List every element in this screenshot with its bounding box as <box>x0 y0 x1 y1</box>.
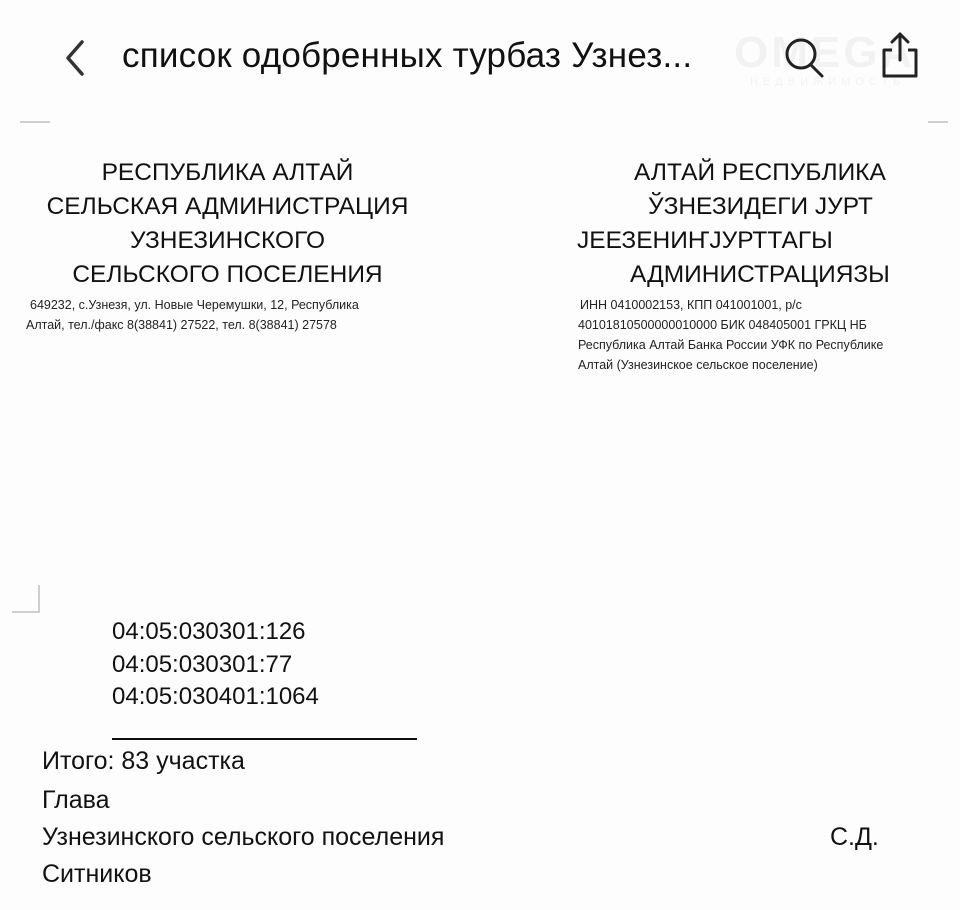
letterhead-left-line: УЗНЕЗИНСКОГО <box>0 224 455 258</box>
letterhead-left-line: СЕЛЬСКОГО ПОСЕЛЕНИЯ <box>0 258 455 292</box>
address-line: Алтай, тел./факс 8(38841) 27522, тел. 8(… <box>26 315 337 335</box>
cadastral-number: 04:05:030301:77 <box>112 651 292 679</box>
page-margin-mark-right <box>928 121 948 123</box>
requisites-line: Алтай (Узнезинское сельское поселение) <box>578 355 818 375</box>
page-margin-mark-left <box>20 121 50 123</box>
cadastral-number: 04:05:030301:126 <box>112 618 306 646</box>
letterhead-left-line: СЕЛЬСКАЯ АДМИНИСТРАЦИЯ <box>0 190 455 224</box>
top-bar: список одобренных турбаз Узнез... OMEGA … <box>0 0 960 115</box>
requisites-line: 40101810500000010000 БИК 048405001 ГРКЦ … <box>578 315 867 335</box>
search-icon <box>782 34 826 80</box>
chevron-left-icon <box>58 36 94 80</box>
total-count: Итого: 83 участка <box>42 747 245 776</box>
share-button[interactable] <box>878 30 922 80</box>
letterhead-right-line: JЕЕЗЕНИҤJУРТТАГЫ <box>577 224 833 258</box>
share-icon <box>878 30 922 80</box>
signature-title: Глава <box>42 786 110 815</box>
letterhead-right-line: ЎЗНЕЗИДЕГИ JУРТ <box>648 190 873 224</box>
letterhead-right-line: АЛТАЙ РЕСПУБЛИКА <box>634 156 886 190</box>
signature-name: Ситников <box>42 860 152 889</box>
cadastral-number: 04:05:030401:1064 <box>112 683 319 711</box>
requisites-line: ИНН 0410002153, КПП 041001001, р/с <box>580 295 802 315</box>
letterhead-left-line: РЕСПУБЛИКА АЛТАЙ <box>0 156 455 190</box>
requisites-line: Республика Алтай Банка России УФК по Рес… <box>578 335 883 355</box>
divider-line <box>112 738 417 740</box>
search-button[interactable] <box>782 34 826 80</box>
letterhead-right-line: АДМИНИСТРАЦИЯЗЫ <box>630 258 890 292</box>
signature-initials: С.Д. <box>830 823 879 852</box>
document-title: список одобренных турбаз Узнез... <box>122 36 692 76</box>
back-button[interactable] <box>58 36 94 80</box>
address-line: 649232, с.Узнезя, ул. Новые Черемушки, 1… <box>30 295 359 315</box>
letterhead-left: РЕСПУБЛИКА АЛТАЙ СЕЛЬСКАЯ АДМИНИСТРАЦИЯ … <box>0 156 455 292</box>
signature-org: Узнезинского сельского поселения <box>42 823 444 852</box>
page-corner-mark <box>12 585 40 613</box>
